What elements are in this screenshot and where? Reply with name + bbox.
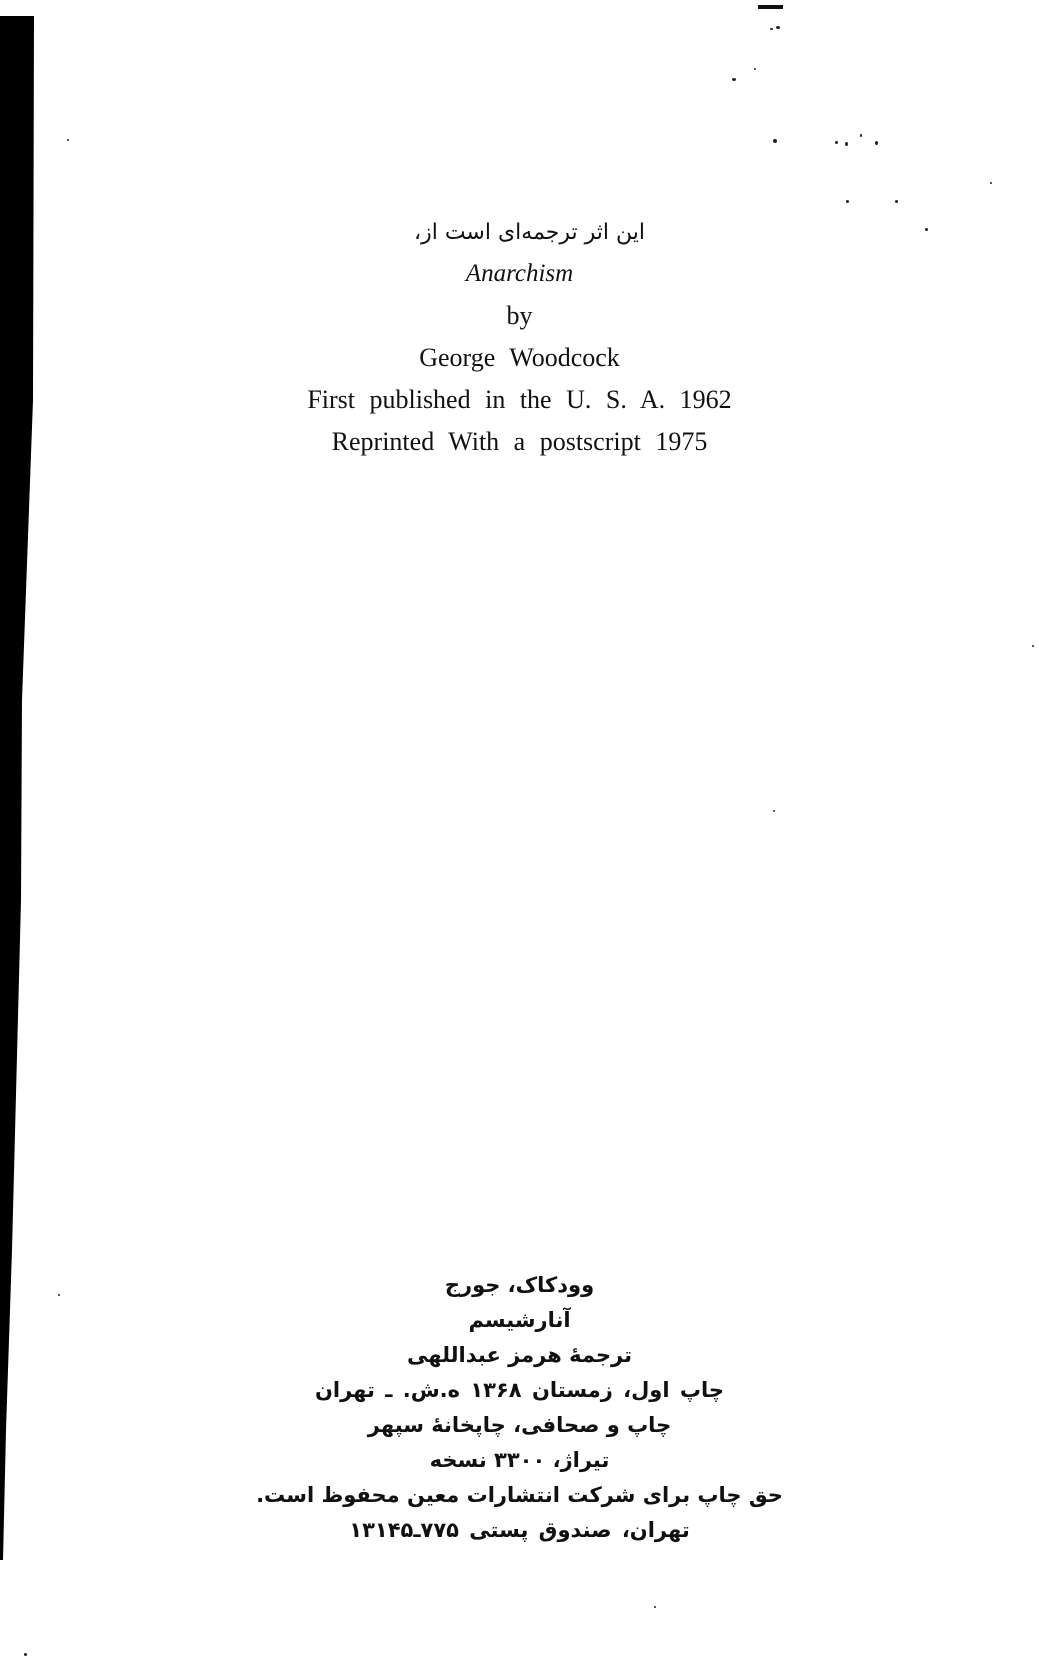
scan-artifact-mark (758, 5, 783, 9)
printing-fa: چاپ و صحافی، چاپخانهٔ سپهر (0, 1408, 1039, 1443)
address-fa: تهران، صندوق پستی ۷۷۵ـ۱۳۱۴۵ (0, 1513, 1039, 1548)
title-fa: آنارشیسم (0, 1303, 1039, 1338)
print-run-fa: تیراژ، ۳۳۰۰ نسخه (0, 1443, 1039, 1478)
edition-fa: چاپ اول، زمستان ۱۳۶۸ ه.ش. ـ تهران (0, 1373, 1039, 1408)
original-title: Anarchism (0, 253, 1039, 295)
reprinted-line: Reprinted With a postscript 1975 (0, 421, 1039, 463)
by-label: by (0, 295, 1039, 337)
rights-fa: حق چاپ برای شرکت انتشارات معین محفوظ است… (0, 1478, 1039, 1513)
author-fa: وودکاک، جورج (0, 1268, 1039, 1303)
first-published-line: First published in the U. S. A. 1962 (0, 379, 1039, 421)
original-author: George Woodcock (0, 337, 1039, 379)
persian-colophon-block: وودکاک، جورج آنارشیسم ترجمهٔ هرمز عبدالل… (0, 1268, 1039, 1548)
original-edition-block: این اثر ترجمه‌ای است از، Anarchism by Ge… (0, 213, 1039, 463)
translator-fa: ترجمهٔ هرمز عبداللهی (0, 1338, 1039, 1373)
translation-intro-fa: این اثر ترجمه‌ای است از، (0, 213, 1039, 253)
